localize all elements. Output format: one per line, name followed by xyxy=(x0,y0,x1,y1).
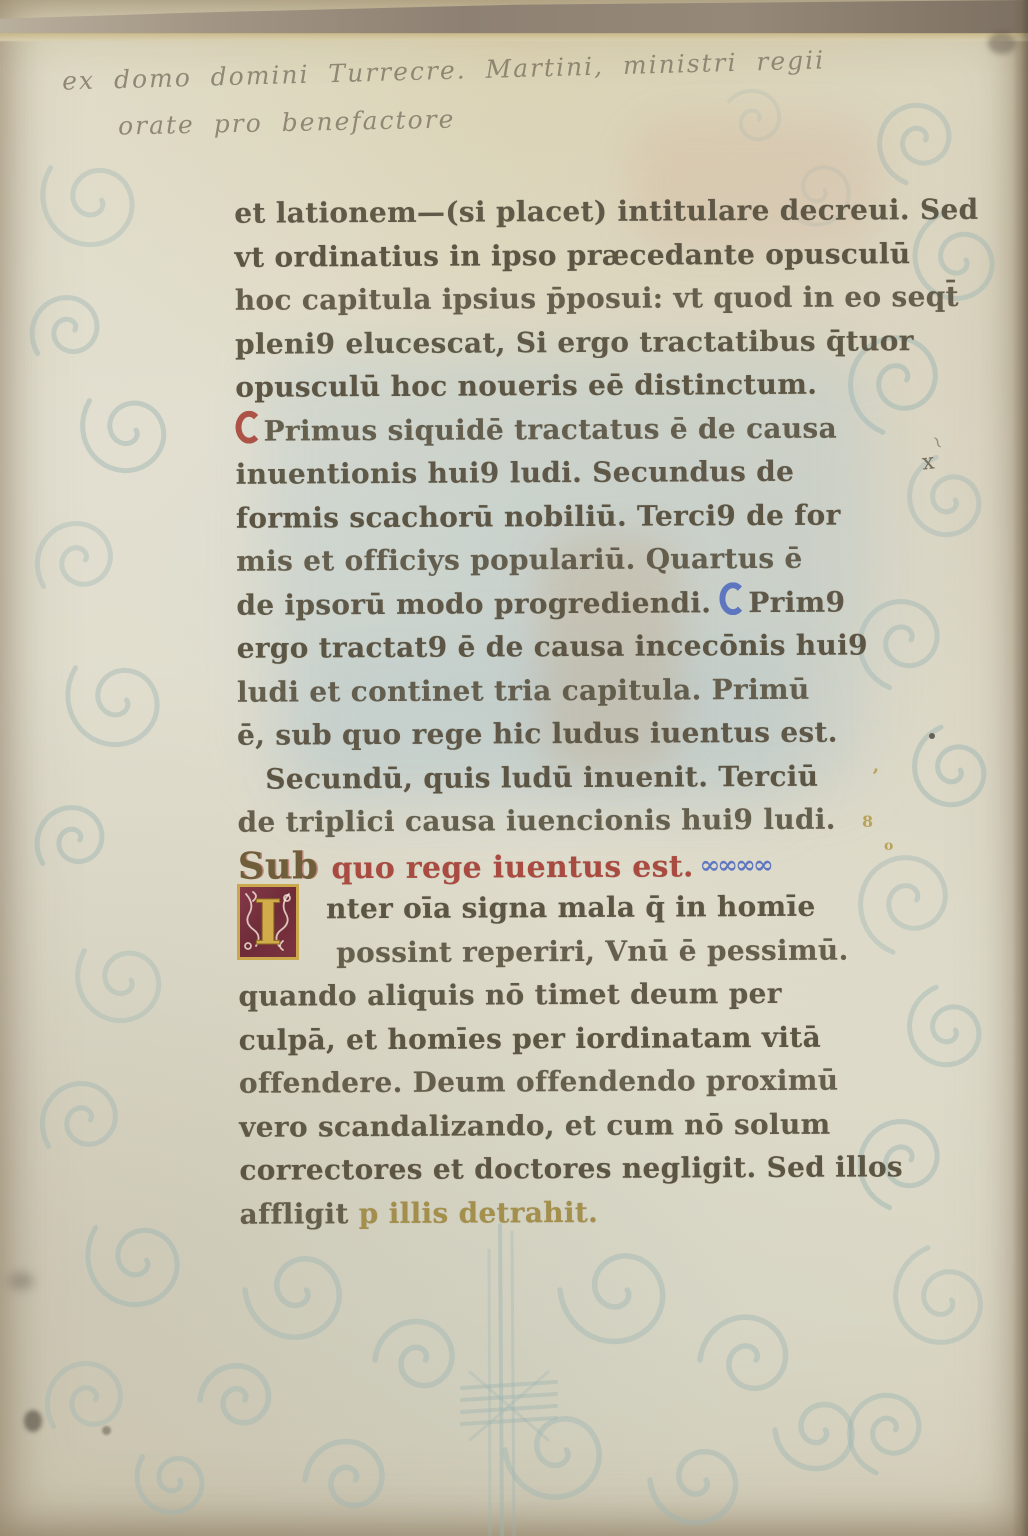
scrollwork-spiral xyxy=(245,1259,339,1337)
scrollwork-spiral xyxy=(729,91,779,139)
scrollwork-stem xyxy=(462,1406,556,1412)
scrollwork-spiral xyxy=(88,1228,177,1305)
decorated-initial-block: I xyxy=(237,884,299,960)
text-line: possint reperiri, Vnū ē pessimū. xyxy=(336,928,914,975)
page-right-edge xyxy=(1012,0,1028,1536)
text-line: ē, sub quo rege hic ludus iuentus est. xyxy=(237,710,913,757)
scrollwork-spiral xyxy=(910,987,979,1064)
scrollwork-spiral xyxy=(200,1366,268,1423)
text-segment: hoc capitula ipsius p̄posui: vt quod in … xyxy=(235,280,959,317)
scrollwork-spiral xyxy=(37,524,110,587)
scrollwork-stem xyxy=(462,1382,556,1388)
scrollwork-spiral xyxy=(880,105,949,183)
dirt-smudge xyxy=(8,1272,34,1290)
scrollwork-spiral xyxy=(850,1395,919,1473)
text-segment: pleni9 elucescat, Si ergo tractatibus q̄… xyxy=(235,324,914,361)
scrollwork-spiral xyxy=(896,1248,981,1343)
text-segment: formis scachorū nobiliū. Terci9 de for xyxy=(236,498,841,534)
text-segment: culpā, et homīes per iordinatam vitā xyxy=(239,1020,821,1056)
scrollwork-spiral xyxy=(137,1457,202,1513)
text-line: opusculū hoc noueris eē distinctum. xyxy=(235,362,911,409)
text-line: vero scandalizando, et cum nō solum xyxy=(239,1102,915,1149)
paraph-mark-red xyxy=(235,410,262,443)
dirt-smudge xyxy=(102,1426,111,1435)
text-line: offendere. Deum offendendo proximū xyxy=(239,1058,915,1105)
text-line: pleni9 elucescat, Si ergo tractatibus q̄… xyxy=(235,319,911,366)
text-segment: de triplici causa iuencionis hui9 ludi. xyxy=(237,803,835,839)
paraph-mark-blue xyxy=(719,582,746,615)
scrollwork-spiral xyxy=(650,1452,736,1523)
text-segment: offendere. Deum offendendo proximū xyxy=(239,1064,839,1100)
text-segment: opusculū hoc noueris eē distinctum. xyxy=(235,368,817,404)
text-line: culpā, et homīes per iordinatam vitā xyxy=(239,1015,915,1062)
scrollwork-spiral xyxy=(37,808,102,864)
marginal-x-mark: x xyxy=(921,449,936,475)
text-segment: vero scandalizando, et cum nō solum xyxy=(239,1107,831,1143)
text-line: formis scachorū nobiliū. Terci9 de for xyxy=(236,493,912,540)
scrollwork-spiral xyxy=(775,1405,852,1469)
text-line: inuentionis hui9 ludi. Secundus de xyxy=(236,449,912,496)
scrollwork-spiral xyxy=(915,727,984,805)
scrollwork-spiral xyxy=(47,1364,120,1427)
scrollwork-spiral xyxy=(700,1317,786,1388)
text-line: Secundū, quis ludū inuenit. Terciū xyxy=(265,754,913,801)
ex-libris-inscription-line1: ex domo domini Turrecre. Martini, minist… xyxy=(62,45,826,95)
text-line: ergo tractat9 ē de causa incecōnis hui9 xyxy=(237,623,913,670)
text-segment: et lationem—(si placet) intitulare decre… xyxy=(234,193,978,230)
text-segment: de ipsorū modo progrediendi. xyxy=(236,586,711,621)
text-segment: quando aliquis nō timet deum per xyxy=(238,977,781,1013)
scrollwork-spiral xyxy=(375,1321,452,1385)
text-segment: affligit xyxy=(240,1197,359,1231)
text-block: et lationem—(si placet) intitulare decre… xyxy=(234,188,915,1236)
scrollwork-spiral xyxy=(560,1256,663,1342)
scrollwork-stem xyxy=(470,1372,548,1440)
text-segment: Primus siquidē tractatus ē de causa xyxy=(263,411,837,447)
scrollwork-stem xyxy=(500,1225,502,1536)
illuminated-initial-I: I xyxy=(237,884,299,960)
initial-letter: I xyxy=(253,886,282,959)
text-line: vt ordinatius in ipso præcedante opuscul… xyxy=(234,232,910,279)
marginal-tilde-mark: ~ xyxy=(925,431,950,454)
text-segment: quo rege iuentus est. xyxy=(331,849,694,886)
scrollwork-spiral xyxy=(68,668,157,745)
scrollwork-stem xyxy=(512,1232,514,1536)
scrollwork-stem xyxy=(462,1418,556,1424)
text-segment: p illis detrahit. xyxy=(359,1195,599,1229)
manuscript-page: ex domo domini Turrecre. Martini, minist… xyxy=(0,0,1028,1536)
text-segment: vt ordinatius in ipso præcedante opuscul… xyxy=(235,237,911,274)
scrollwork-stem xyxy=(462,1394,556,1400)
scrollwork-spiral xyxy=(505,1419,599,1497)
text-line: ludi et continet tria capitula. Primū xyxy=(237,667,913,714)
text-line: hoc capitula ipsius p̄posui: vt quod in … xyxy=(235,275,911,322)
text-line: affligit p illis detrahit. xyxy=(240,1189,916,1236)
text-segment: Secundū, quis ludū inuenit. Terciū xyxy=(265,759,818,795)
scrollwork-spiral xyxy=(32,298,97,354)
page-top-edge xyxy=(0,33,1028,42)
text-line: de triplici causa iuencionis hui9 ludi. xyxy=(237,797,913,844)
scrollwork-stem xyxy=(470,1372,548,1440)
text-segment: nter oīa signa mala q̄ in homīe xyxy=(326,890,816,926)
text-line: et lationem—(si placet) intitulare decre… xyxy=(234,188,910,235)
scrollwork-spiral xyxy=(910,457,979,535)
text-segment: ergo tractat9 ē de causa incecōnis hui9 xyxy=(237,628,868,664)
text-line: Primus siquidē tractatus ē de causa xyxy=(235,406,911,453)
previous-page-edge xyxy=(0,0,1028,34)
text-segment: Prim9 xyxy=(748,585,845,619)
ex-libris-inscription-line2: orate pro benefactore xyxy=(118,104,456,140)
text-line: correctores et doctores negligit. Sed il… xyxy=(239,1145,915,1192)
scrollwork-spiral xyxy=(42,1084,115,1147)
scrollwork-spiral xyxy=(78,951,159,1021)
dirt-smudge xyxy=(24,1410,42,1432)
scrollwork-stem xyxy=(489,1250,490,1536)
text-segment: mis et officiys populariū. Quartus ē xyxy=(236,542,803,578)
text-line: de ipsorū modo progrediendi.Prim9 xyxy=(236,580,912,627)
text-line: nter oīa signa mala q̄ in homīe xyxy=(326,884,914,931)
scrollwork-spiral xyxy=(83,401,164,471)
text-segment: ē, sub quo rege hic ludus iuentus est. xyxy=(237,716,838,752)
text-line: mis et officiys populariū. Quartus ē xyxy=(236,536,912,583)
scrollwork-spiral xyxy=(305,1441,382,1505)
text-segment: ludi et continet tria capitula. Primū xyxy=(237,672,810,708)
ink-dot xyxy=(929,733,935,739)
text-segment: Sub xyxy=(238,843,332,887)
text-segment: possint reperiri, Vnū ē pessimū. xyxy=(336,933,848,969)
text-segment: ∞∞∞∞ xyxy=(694,849,771,878)
text-segment: inuentionis hui9 ludi. Secundus de xyxy=(236,455,795,491)
text-segment: correctores et doctores negligit. Sed il… xyxy=(239,1150,903,1186)
chapter-heading: Sub quo rege iuentus est. ∞∞∞∞ xyxy=(238,841,914,888)
scrollwork-spiral xyxy=(43,168,132,245)
text-line: quando aliquis nō timet deum per xyxy=(238,971,914,1018)
